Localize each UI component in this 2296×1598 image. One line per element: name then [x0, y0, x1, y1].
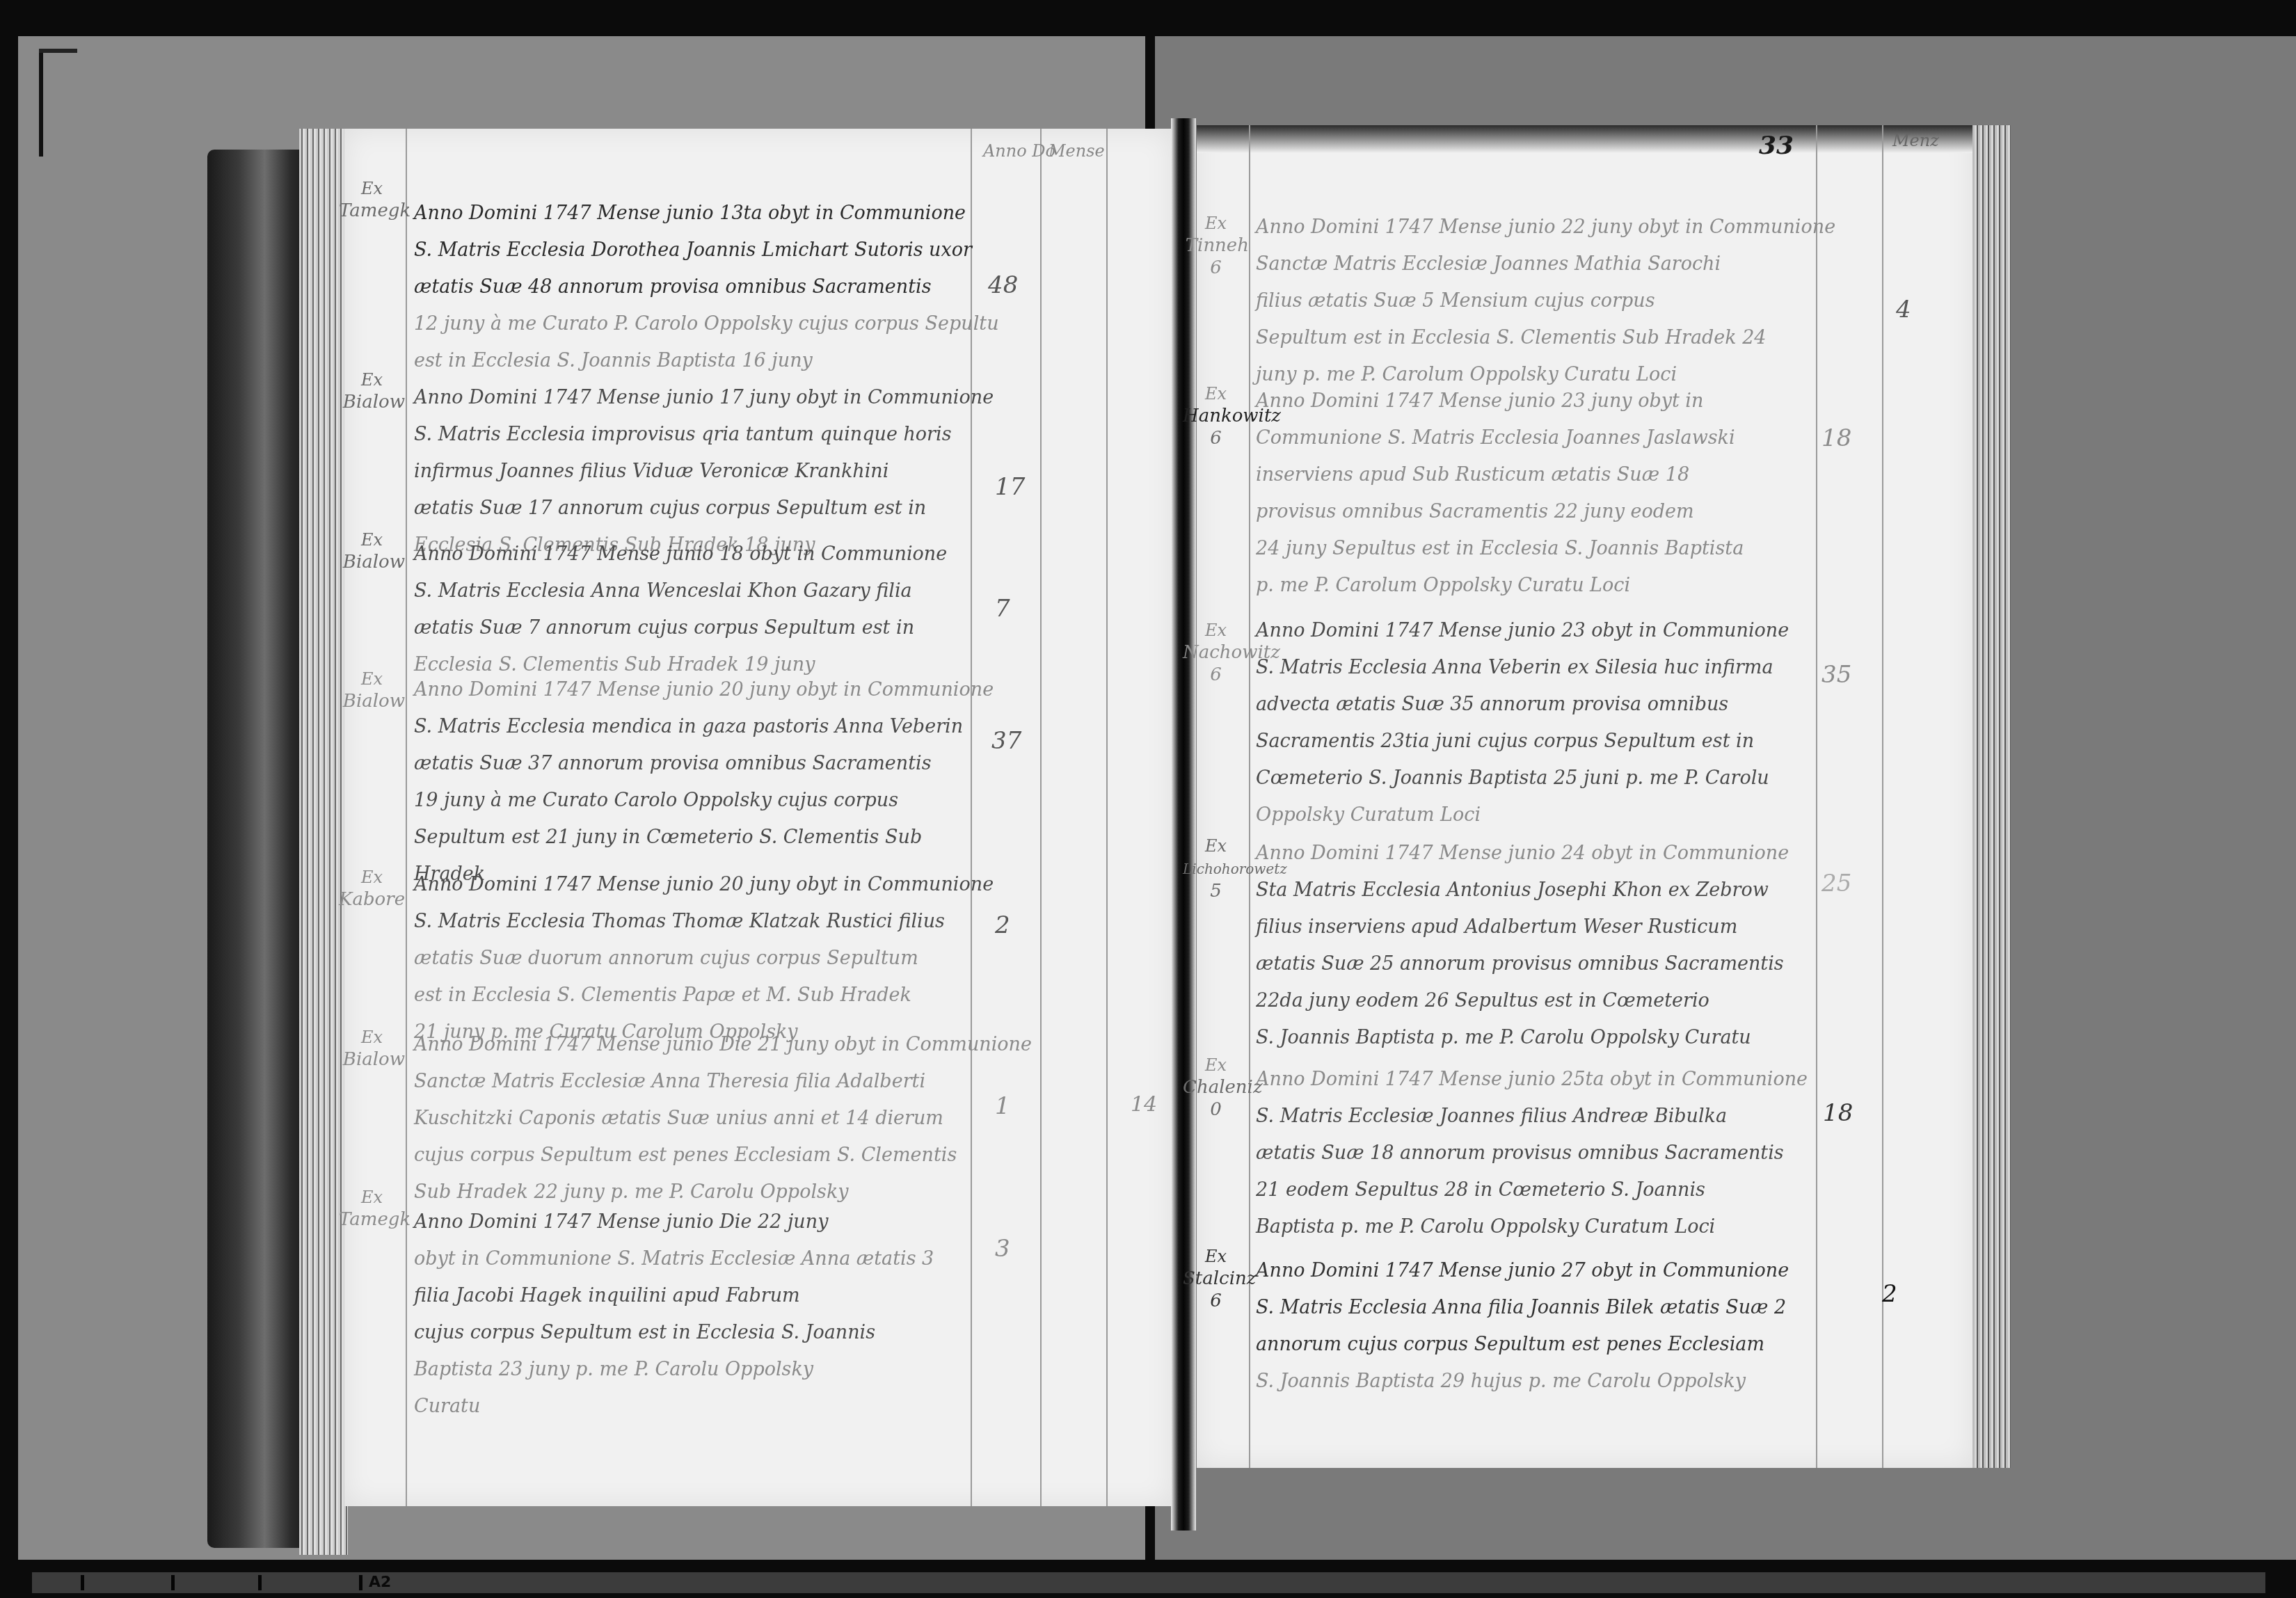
column-rule — [1040, 129, 1042, 1506]
column-header: Anno Do — [983, 141, 1055, 161]
age-value: 3 — [995, 1235, 1010, 1263]
left-page: Anno Do Mense Ex Tamegk Anno Domini 1747… — [344, 129, 1172, 1506]
entry-origin: Ex Chaleniz 0 — [1183, 1054, 1249, 1121]
death-entry: Anno Domini 1747 Mense junio 20 juny oby… — [414, 866, 994, 1050]
age-value: 1 — [995, 1092, 1010, 1120]
age-value: 4 — [1896, 296, 1911, 323]
column-rule — [1106, 129, 1108, 1506]
age-value: 7 — [995, 595, 1010, 623]
entry-origin: Ex Hankowitz 6 — [1183, 383, 1249, 449]
column-header: Mense — [1049, 141, 1105, 161]
book-cover-edge — [207, 150, 312, 1548]
age-value: 2 — [1882, 1280, 1897, 1308]
film-ruler: A2 — [32, 1572, 2265, 1593]
death-entry: Anno Domini 1747 Mense junio 13ta obyt i… — [414, 195, 999, 379]
page-top-shadow — [1197, 125, 1972, 153]
entry-origin: Ex Bialow — [339, 369, 405, 413]
entry-origin: Ex Nachowitz 6 — [1183, 619, 1249, 686]
right-page: 33 Menz Ex Tinneh 6 Anno Domini 1747 Men… — [1197, 125, 1972, 1468]
entry-origin: Ex Tinneh 6 — [1183, 212, 1249, 279]
entry-origin: Ex Stalcinz 6 — [1183, 1245, 1249, 1312]
margin-rule — [406, 129, 407, 1506]
age-value: 48 — [988, 271, 1018, 299]
age-value: 17 — [995, 473, 1025, 501]
ruler-label: A2 — [369, 1574, 391, 1591]
column-header: Menz — [1892, 131, 1939, 150]
side-number: 14 — [1131, 1092, 1157, 1117]
margin-rule — [1249, 125, 1250, 1468]
death-entry: Anno Domini 1747 Mense junio Die 21 juny… — [414, 1026, 1032, 1211]
death-entry: Anno Domini 1747 Mense junio 23 obyt in … — [1256, 612, 1789, 833]
entry-origin: Ex Tamegk — [339, 1186, 405, 1231]
entry-origin: Ex Kabore — [339, 866, 405, 911]
age-value: 25 — [1821, 870, 1851, 897]
death-entry: Anno Domini 1747 Mense junio 22 juny oby… — [1256, 209, 1835, 393]
entry-origin: Ex Bialow — [339, 529, 405, 573]
ruler-tick — [359, 1575, 362, 1590]
death-entry: Anno Domini 1747 Mense junio 27 obyt in … — [1256, 1252, 1789, 1400]
ruler-tick — [171, 1575, 175, 1590]
entry-origin: Ex Bialow — [339, 1026, 405, 1071]
film-corner-mark — [39, 49, 43, 157]
death-entry: Anno Domini 1747 Mense junio 20 juny oby… — [414, 671, 994, 893]
age-value: 37 — [991, 727, 1021, 755]
death-entry: Anno Domini 1747 Mense junio Die 22 juny… — [414, 1204, 934, 1425]
book-gutter — [1171, 118, 1196, 1531]
death-entry: Anno Domini 1747 Mense junio 18 obyt in … — [414, 536, 947, 683]
folio-number: 33 — [1759, 131, 1794, 160]
age-value: 18 — [1823, 1099, 1853, 1127]
column-rule — [1882, 125, 1883, 1468]
age-value: 2 — [995, 911, 1010, 939]
page-stack-right — [1969, 125, 2011, 1468]
ruler-tick — [258, 1575, 262, 1590]
death-entry: Anno Domini 1747 Mense junio 23 juny oby… — [1256, 383, 1744, 604]
death-entry: Anno Domini 1747 Mense junio 25ta obyt i… — [1256, 1061, 1808, 1245]
entry-origin: Ex Tamegk — [339, 177, 405, 222]
age-value: 35 — [1821, 661, 1851, 689]
entry-origin: Ex Lichohorowetz 5 — [1183, 835, 1249, 902]
death-entry: Anno Domini 1747 Mense junio 24 obyt in … — [1256, 835, 1789, 1056]
entry-origin: Ex Bialow — [339, 668, 405, 712]
ruler-tick — [81, 1575, 84, 1590]
age-value: 18 — [1821, 424, 1851, 452]
page-stack-left — [299, 129, 348, 1555]
